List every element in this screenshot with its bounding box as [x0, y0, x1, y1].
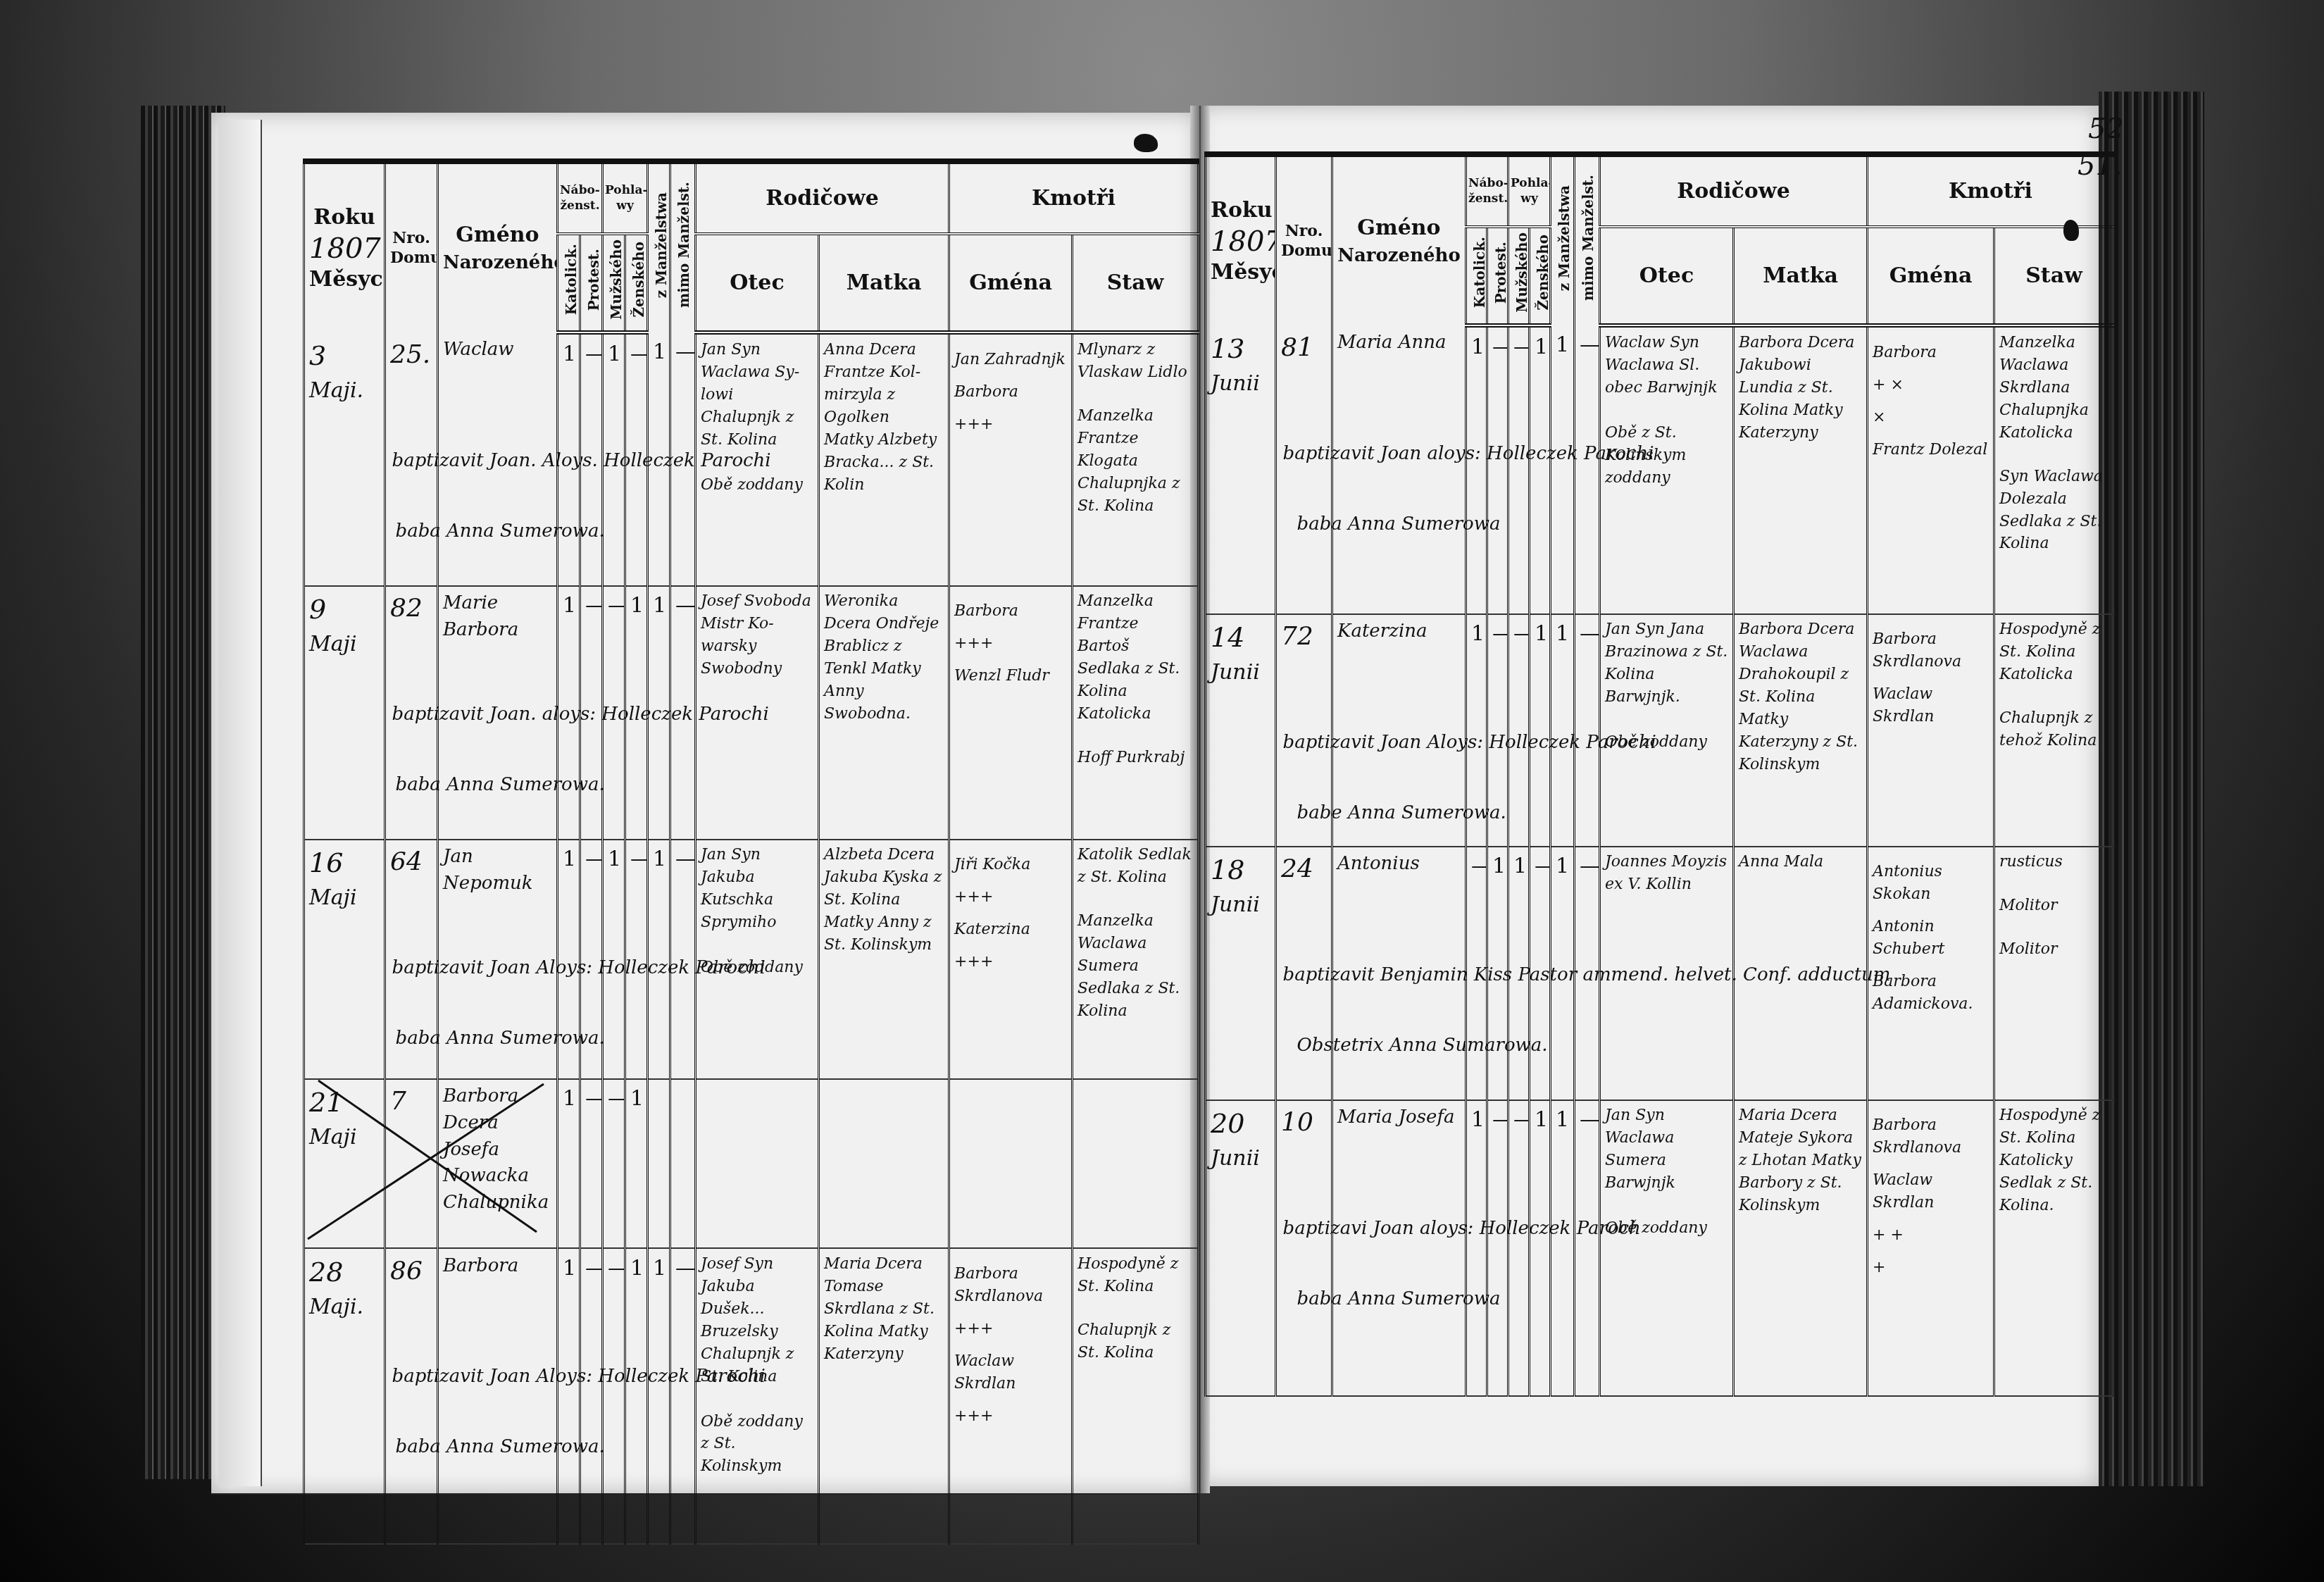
entry-date: 9Maji	[304, 586, 385, 840]
header-gmena: Gména	[949, 234, 1073, 332]
entry-muzskeho-mark: —	[1508, 614, 1530, 847]
entry-month: Junii	[1211, 368, 1270, 399]
child-name: Maria Anna	[1337, 330, 1461, 356]
entry-mimo-mark	[670, 1079, 696, 1248]
entry-zenskeho-mark: 1	[1530, 325, 1551, 614]
entry-godparents-names: Barbora Skrdlanova+++Waclaw Skrdlan+++	[949, 1248, 1073, 1544]
entry-godparents-status: Hospodyně z St. Kolina KatolickaChalupnj…	[1994, 614, 2114, 847]
entry-mother: Maria Dcera Tomase Skrdlana z St. Kolina…	[819, 1248, 949, 1544]
entry-zenskeho-mark: 1	[1530, 614, 1551, 847]
entry-date: 3Maji.	[304, 332, 385, 586]
child-name: Waclaw	[443, 337, 552, 363]
entry-mother: Anna Dcera Frantze Kol-mirzyla z Ogolken…	[819, 332, 949, 586]
godparent-status: Chalupnjk z tehož Kolina	[1999, 707, 2109, 752]
mother-text: Weronika Dcera Ondřeje Brablicz z Tenkl …	[824, 592, 939, 722]
header-muzskeho: Mužského	[603, 234, 625, 332]
strikeout-cross-icon	[304, 1077, 558, 1246]
entry-godparents-status	[1073, 1079, 1199, 1248]
entry-father: Jan Syn Jana Brazinowa z St. Kolina Barw…	[1600, 614, 1734, 847]
godparent-name: + +	[1873, 1224, 1989, 1247]
header-otec: Otec	[696, 234, 819, 332]
entry-child-name: Barbora	[438, 1248, 558, 1544]
entry-day: 18	[1211, 851, 1270, 890]
godparent-name: + ×	[1873, 374, 1989, 397]
header-staw: Staw	[1073, 234, 1199, 332]
header-gmeno: GménoNarozeného	[438, 161, 558, 332]
midwife-note: Obstetrix Anna Sumarowa.	[1297, 1035, 1548, 1056]
entry-mimo-mark: —	[1575, 614, 1600, 847]
ink-blot	[1134, 134, 1158, 152]
entry-month: Maji.	[309, 375, 380, 406]
entry-month: Junii	[1211, 657, 1270, 688]
godparent-name: Waclaw Skrdlan	[954, 1350, 1067, 1395]
father-note: Obě zoddany z St. Kolinskym	[701, 1413, 803, 1476]
register-entry: 28Maji.86Barbora1——11—Josef Syn Jakuba D…	[304, 1248, 1199, 1544]
godparent-name: Antonin Schubert	[1873, 916, 1989, 961]
header-zenskeho: Ženského	[1530, 227, 1551, 325]
godparent-name: +++	[954, 951, 1067, 973]
header-gmeno: GménoNarozeného	[1332, 154, 1466, 325]
entry-month: Maji	[309, 629, 380, 660]
godparent-name: +++	[954, 1318, 1067, 1340]
entry-day: 20	[1211, 1104, 1270, 1143]
entry-godparents-status: Manzelka Frantze Bartoš Sedlaka z St. Ko…	[1073, 586, 1199, 840]
father-text: Jan Syn Waclawa Sy-lowi Chalupnjk z St. …	[701, 341, 799, 449]
header-roku: Roku 1807 Měsyce	[304, 161, 385, 332]
header-z-manzelstva: z Manželstwa	[648, 161, 670, 332]
entry-protest-mark: —	[580, 1248, 603, 1544]
entry-date: 20Junii	[1206, 1100, 1276, 1396]
mother-text: Maria Dcera Tomase Skrdlana z St. Kolina…	[824, 1255, 935, 1363]
father-text: Jan Syn Jana Brazinowa z St. Kolina Barw…	[1605, 621, 1728, 706]
header-kmotri: Kmotři	[1868, 154, 2114, 227]
godparent-name: Katerzina	[954, 918, 1067, 941]
entry-katolick-mark: 1	[558, 1079, 580, 1248]
baptized-by-note: baptizavit Joan. aloys: Holleczek Paroch…	[392, 704, 769, 725]
godparent-status: Hospodyně z St. Kolina	[1077, 1253, 1193, 1298]
register-entry: 13Junii81Maria Anna1——11—Waclaw Syn Wacl…	[1206, 325, 2114, 614]
entry-protest-mark: —	[1487, 1100, 1508, 1396]
child-name: Marie Barbora	[443, 590, 552, 643]
entry-father: Jan Syn Waclawa Sumera BarwjnjkObě zodda…	[1600, 1100, 1734, 1396]
entry-mother: Weronika Dcera Ondřeje Brablicz z Tenkl …	[819, 586, 949, 840]
entry-mimo-mark: —	[1575, 1100, 1600, 1396]
entry-child-name: Maria Josefa	[1332, 1100, 1466, 1396]
header-otec: Otec	[1600, 227, 1734, 325]
entry-day: 3	[309, 337, 380, 375]
entry-z-manzelstva-mark: 1	[1551, 1100, 1575, 1396]
child-name: Katerzina	[1337, 618, 1461, 645]
godparent-name: Jiři Kočka	[954, 854, 1067, 876]
entry-zenskeho-mark: 1	[625, 1079, 648, 1248]
header-muzskeho: Mužského	[1508, 227, 1530, 325]
mother-text: Anna Mala	[1739, 853, 1823, 871]
entry-godparents-status: Hospodyně z St. KolinaChalupnjk z St. Ko…	[1073, 1248, 1199, 1544]
father-text: Jan Syn Jakuba Kutschka Sprymiho	[701, 846, 776, 931]
godparent-status: Molitor	[1999, 938, 2109, 961]
godparent-name: ×	[1873, 406, 1989, 429]
midwife-note: baba Anna Sumerowa	[1297, 513, 1501, 535]
baptized-by-note: baptizavit Joan. Aloys. Holleczek Paroch…	[392, 450, 771, 471]
godparent-status: Manzelka Waclawa Sumera Sedlaka z St. Ko…	[1077, 910, 1193, 1022]
midwife-note: babe Anna Sumerowa.	[1297, 802, 1506, 823]
godparent-name: +++	[954, 633, 1067, 655]
entry-godparents-status: Manzelka Waclawa Skrdlana Chalupnjka Kat…	[1994, 325, 2114, 614]
entry-katolick-mark: 1	[1466, 1100, 1487, 1396]
father-text: Josef Svoboda Mistr Ko-warsky Swobodny	[701, 592, 811, 678]
baptized-by-note: baptizavit Joan Aloys: Holleczek Parochi	[392, 957, 766, 978]
baptized-by-note: baptizavi Joan aloys: Holleczek Paroch	[1283, 1218, 1641, 1239]
godparent-status: Hoff Purkrabj	[1077, 747, 1193, 769]
entry-godparents-status: Mlynarz z Vlaskaw LidloManzelka Frantze …	[1073, 332, 1199, 586]
entry-month: Junii	[1211, 1143, 1270, 1174]
header-nro-domu: Nro.Domu	[385, 161, 438, 332]
father-text: Jan Syn Waclawa Sumera Barwjnjk	[1605, 1107, 1675, 1192]
entry-protest-mark: —	[580, 1079, 603, 1248]
child-name: Barbora	[443, 1253, 552, 1280]
register-table-left: Roku 1807 Měsyce Nro.Domu GménoNarozenéh…	[303, 158, 1199, 1544]
entry-day: 13	[1211, 330, 1270, 368]
midwife-note: baba Anna Sumerowa.	[396, 521, 605, 542]
mother-text: Barbora Dcera Jakubowi Lundia z St. Koli…	[1739, 334, 1854, 442]
entry-house-number: 81	[1276, 325, 1332, 614]
entry-date: 14Junii	[1206, 614, 1276, 847]
entry-mother: Barbora Dcera Waclawa Drahokoupil z St. …	[1734, 614, 1868, 847]
entry-house-number: 10	[1276, 1100, 1332, 1396]
father-text: Waclaw Syn Waclawa Sl. obec Barwjnjk	[1605, 334, 1717, 397]
register-table-right: Roku 1807 Měsyce Nro.Domu GménoNarozenéh…	[1204, 151, 2115, 1396]
entry-day: 28	[309, 1253, 380, 1292]
entry-katolick-mark: 1	[558, 1248, 580, 1544]
godparent-name: Barbora Skrdlanova	[954, 1263, 1067, 1308]
midwife-note: baba Anna Sumerowa	[1297, 1288, 1501, 1309]
child-name: Maria Josefa	[1337, 1104, 1461, 1131]
entry-father: Waclaw Syn Waclawa Sl. obec BarwjnjkObě …	[1600, 325, 1734, 614]
header-matka: Matka	[819, 234, 949, 332]
godparent-name: Barbora Skrdlanova	[1873, 1114, 1989, 1159]
header-rodicowe: Rodičowe	[1600, 154, 1868, 227]
entry-month: Maji.	[309, 1292, 380, 1323]
header-staw: Staw	[1994, 227, 2114, 325]
entry-z-manzelstva-mark: 1	[1551, 325, 1575, 614]
header-katolick: Katolick.	[558, 234, 580, 332]
entry-godparents-names: Barbora SkrdlanovaWaclaw Skrdlan+ ++	[1868, 1100, 1994, 1396]
register-entry: 20Junii10Maria Josefa1——11—Jan Syn Wacla…	[1206, 1100, 2114, 1396]
godparent-status: rusticus	[1999, 851, 2109, 873]
entry-zenskeho-mark: 1	[1530, 1100, 1551, 1396]
father-text: Joannes Moyzis ex V. Kollin	[1605, 853, 1727, 893]
godparent-name: Waclaw Skrdlan	[1873, 1169, 1989, 1214]
godparent-status: Hospodyně z St. Kolina Katolicky Sedlak …	[1999, 1104, 2109, 1216]
godparent-status: Mlynarz z Vlaskaw Lidlo	[1077, 339, 1193, 384]
godparent-name: Barbora	[954, 600, 1067, 623]
entry-muzskeho-mark: —	[1508, 1100, 1530, 1396]
father-note: Obě zoddany	[701, 476, 803, 494]
entry-mimo-mark: —	[1575, 325, 1600, 614]
entry-day: 14	[1211, 618, 1270, 657]
baptized-by-note: baptizavit Benjamin Kiss Pastor ammend. …	[1283, 964, 1891, 985]
baptized-by-note: baptizavit Joan Aloys: Holleczek Parochi	[1283, 732, 1656, 753]
godparent-name: Barbora Skrdlanova	[1873, 628, 1989, 673]
entry-mother: Maria Dcera Mateje Sykora z Lhotan Matky…	[1734, 1100, 1868, 1396]
entry-day: 9	[309, 590, 380, 629]
entry-godparents-names: Barbora SkrdlanovaWaclaw Skrdlan	[1868, 614, 1994, 847]
header-pohlavy: Pohla-wy	[1508, 154, 1551, 227]
entry-mother	[819, 1079, 949, 1248]
mother-text: Anna Dcera Frantze Kol-mirzyla z Ogolken…	[824, 341, 937, 493]
entry-godparents-names: Barbora+++Wenzl Fludr	[949, 586, 1073, 840]
child-name: Jan Nepomuk	[443, 844, 552, 897]
header-nro-domu: Nro.Domu	[1276, 154, 1332, 325]
godparent-status: Hospodyně z St. Kolina Katolicka	[1999, 618, 2109, 686]
entry-month: Junii	[1211, 890, 1270, 921]
mother-text: Maria Dcera Mateje Sykora z Lhotan Matky…	[1739, 1107, 1861, 1214]
mother-text: Alzbeta Dcera Jakuba Kyska z St. Kolina …	[824, 846, 942, 954]
godparent-status: Molitor	[1999, 895, 2109, 917]
godparent-name: Barbora	[1873, 342, 1989, 364]
entry-day: 16	[309, 844, 380, 883]
left-page-margin	[218, 120, 262, 1486]
godparent-status: Chalupnjk z St. Kolina	[1077, 1319, 1193, 1364]
midwife-note: baba Anna Sumerowa.	[396, 774, 605, 795]
header-rodicowe: Rodičowe	[696, 161, 949, 234]
godparent-name: Jan Zahradnjk	[954, 349, 1067, 371]
entry-muzskeho-mark: —	[1508, 325, 1530, 614]
entry-godparents-names: Barbora+ ××Frantz Dolezal	[1868, 325, 1994, 614]
header-mimo-manzelst: mimo Manželst.	[670, 161, 696, 332]
godparent-name: Wenzl Fludr	[954, 665, 1067, 687]
entry-muzskeho-mark: —	[603, 1079, 625, 1248]
entry-z-manzelstva-mark: 1	[648, 1248, 670, 1544]
entry-godparents-status: Hospodyně z St. Kolina Katolicky Sedlak …	[1994, 1100, 2114, 1396]
header-roku: Roku 1807 Měsyce	[1206, 154, 1276, 325]
entry-father: Josef Syn Jakuba Dušek... Bruzelsky Chal…	[696, 1248, 819, 1544]
entry-date: 18Junii	[1206, 847, 1276, 1100]
godparent-name: +	[1873, 1257, 1989, 1279]
header-katolick: Katolick.	[1466, 227, 1487, 325]
header-mimo-manzelst: mimo Manželst.	[1575, 154, 1600, 325]
entry-date: 28Maji.	[304, 1248, 385, 1544]
entry-mother: Alzbeta Dcera Jakuba Kyska z St. Kolina …	[819, 840, 949, 1079]
entry-date: 13Junii	[1206, 325, 1276, 614]
baptized-by-note: baptizavit Joan Aloys: Holleczek Parochi	[392, 1366, 766, 1387]
entry-godparents-names: Jan ZahradnjkBarbora+++	[949, 332, 1073, 586]
header-pohlavy: Pohla-wy	[603, 161, 648, 234]
header-kmotri: Kmotři	[949, 161, 1199, 234]
header-z-manzelstva: z Manželstwa	[1551, 154, 1575, 325]
header-protest: Protest.	[1487, 227, 1508, 325]
header-zenskeho: Ženského	[625, 234, 648, 332]
child-name: Antonius	[1337, 851, 1461, 878]
godparent-name: +++	[954, 1405, 1067, 1428]
godparent-name: Barbora	[954, 381, 1067, 404]
baptized-by-note: baptizavit Joan aloys: Holleczek Parochi	[1283, 443, 1654, 464]
folio-number-top: 52	[2088, 113, 2124, 145]
header-nabozenstvi: Nábo-ženst.	[558, 161, 603, 234]
entry-protest-mark: —	[1487, 325, 1508, 614]
godparent-name: Frantz Dolezal	[1873, 439, 1989, 461]
godparent-status: Manzelka Frantze Bartoš Sedlaka z St. Ko…	[1077, 590, 1193, 725]
godparent-status: Manzelka Waclawa Skrdlana Chalupnjka Kat…	[1999, 332, 2109, 444]
godparent-name: Antonius Skokan	[1873, 861, 1989, 906]
midwife-note: baba Anna Sumerowa.	[396, 1028, 605, 1049]
entry-katolick-mark: 1	[1466, 325, 1487, 614]
entry-z-manzelstva-mark	[648, 1079, 670, 1248]
godparent-status: Manzelka Frantze Klogata Chalupnjka z St…	[1077, 405, 1193, 517]
godparent-name: +++	[954, 886, 1067, 909]
entry-zenskeho-mark: 1	[625, 1248, 648, 1544]
godparent-status: Syn Waclawa Dolezala Sedlaka z St. Kolin…	[1999, 466, 2109, 556]
header-matka: Matka	[1734, 227, 1868, 325]
entry-date: 16Maji	[304, 840, 385, 1079]
entry-child-name: Maria Anna	[1332, 325, 1466, 614]
header-protest: Protest.	[580, 234, 603, 332]
entry-father	[696, 1079, 819, 1248]
header-gmena: Gména	[1868, 227, 1994, 325]
header-nabozenstvi: Nábo-ženst.	[1466, 154, 1508, 227]
entry-house-number: 86	[385, 1248, 438, 1544]
entry-godparents-names	[949, 1079, 1073, 1248]
entry-muzskeho-mark: —	[603, 1248, 625, 1544]
entry-mimo-mark: —	[670, 1248, 696, 1544]
mother-text: Barbora Dcera Waclawa Drahokoupil z St. …	[1739, 621, 1858, 773]
midwife-note: baba Anna Sumerowa.	[396, 1436, 605, 1457]
entry-godparents-status: Katolik Sedlak z St. KolinaManzelka Wacl…	[1073, 840, 1199, 1079]
godparent-name: +++	[954, 413, 1067, 436]
entry-mother: Barbora Dcera Jakubowi Lundia z St. Koli…	[1734, 325, 1868, 614]
entry-month: Maji	[309, 883, 380, 914]
godparent-name: Waclaw Skrdlan	[1873, 683, 1989, 728]
entry-godparents-status: rusticusMolitorMolitor	[1994, 847, 2114, 1100]
godparent-status: Katolik Sedlak z St. Kolina	[1077, 844, 1193, 889]
entry-z-manzelstva-mark: 1	[1551, 614, 1575, 847]
entry-godparents-names: Jiři Kočka+++Katerzina+++	[949, 840, 1073, 1079]
